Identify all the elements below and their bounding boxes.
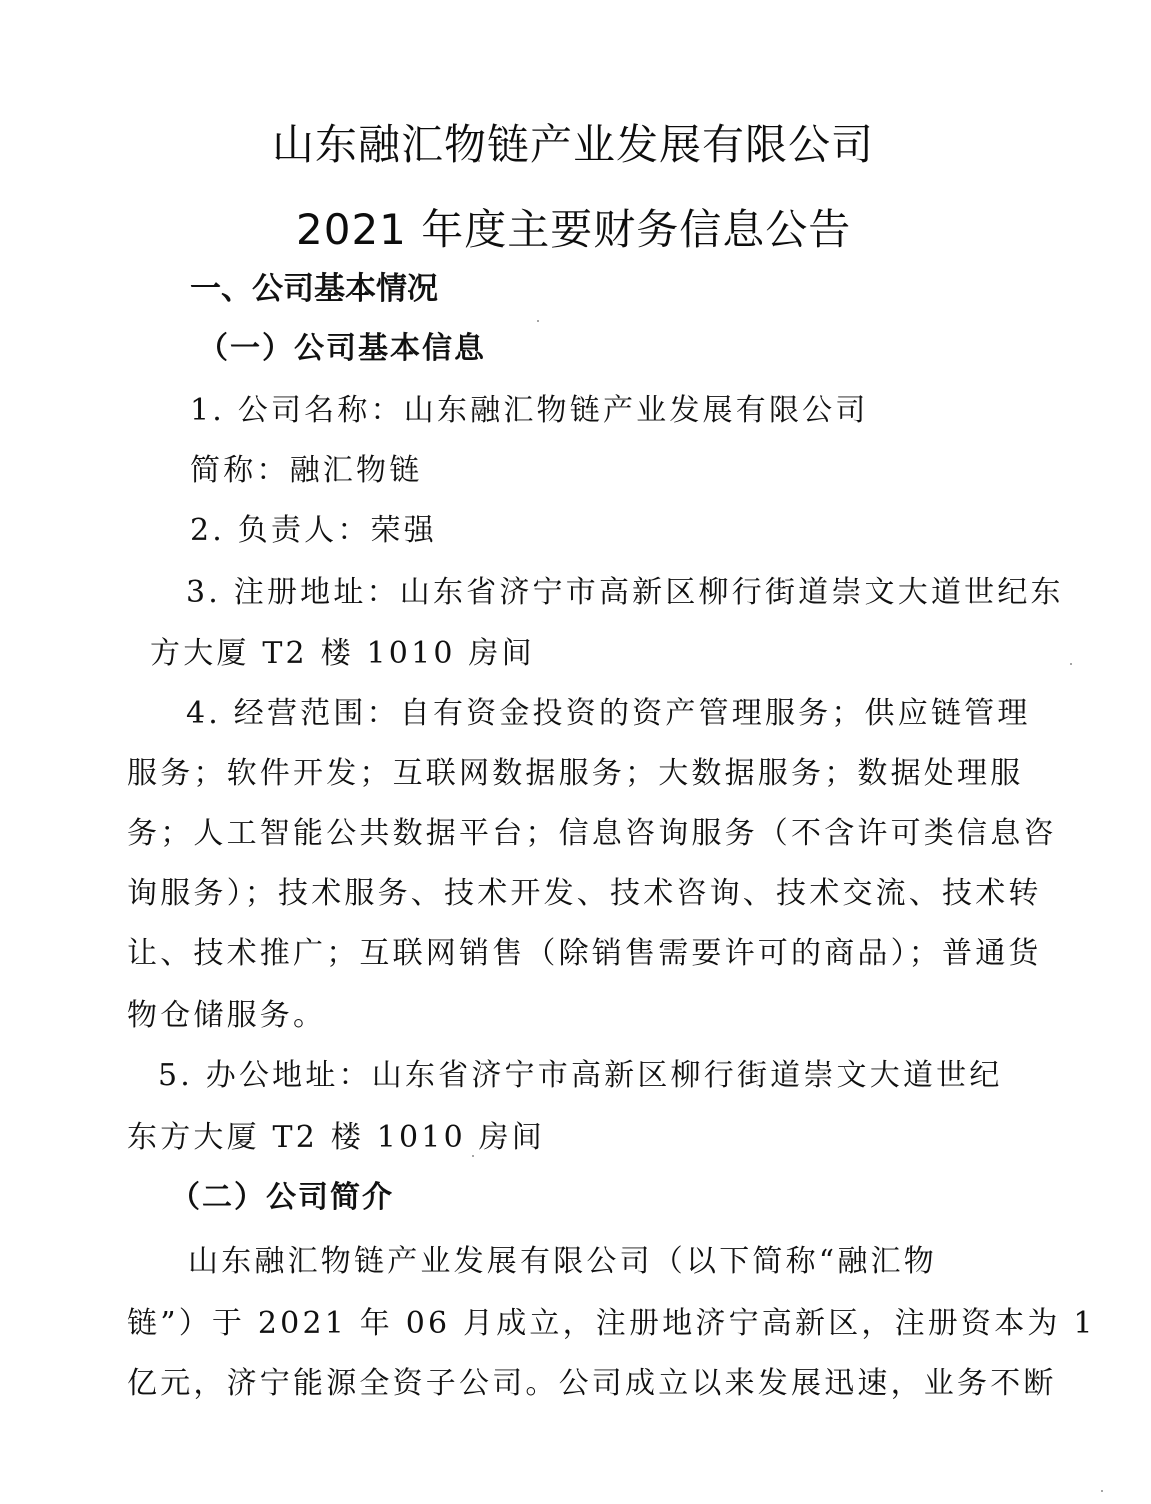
scan-speck bbox=[537, 320, 539, 322]
profile-line3: 亿元，济宁能源全资子公司。公司成立以来发展迅速，业务不断 bbox=[127, 1358, 1057, 1402]
scan-speck bbox=[1070, 663, 1072, 665]
business-scope-line5: 让、技术推广；互联网销售（除销售需要许可的商品）；普通货 bbox=[127, 928, 1042, 972]
subsection-heading-company-profile: （二）公司简介 bbox=[170, 1172, 394, 1216]
office-address-line2: 东方大厦 T2 楼 1010 房间 bbox=[127, 1112, 545, 1156]
business-scope-line2: 服务；软件开发；互联网数据服务；大数据服务；数据处理服 bbox=[127, 748, 1023, 792]
registered-address-line2: 方大厦 T2 楼 1010 房间 bbox=[150, 628, 535, 672]
person-in-charge-line: 2. 负责人：荣强 bbox=[190, 505, 437, 549]
business-scope-line3: 务；人工智能公共数据平台；信息咨询服务（不含许可类信息咨 bbox=[127, 808, 1057, 852]
registered-address-line1: 3. 注册地址：山东省济宁市高新区柳行街道崇文大道世纪东 bbox=[186, 567, 1064, 611]
company-name-line: 1. 公司名称：山东融汇物链产业发展有限公司 bbox=[190, 385, 869, 429]
office-address-line1: 5. 办公地址：山东省济宁市高新区柳行街道崇文大道世纪 bbox=[158, 1050, 1003, 1094]
scan-speck bbox=[472, 1155, 474, 1157]
scan-speck bbox=[1101, 1490, 1103, 1492]
business-scope-line1: 4. 经营范围：自有资金投资的资产管理服务；供应链管理 bbox=[186, 688, 1031, 732]
document-title-line1: 山东融汇物链产业发展有限公司 bbox=[272, 112, 874, 172]
short-name-line: 简称：融汇物链 bbox=[190, 445, 422, 489]
business-scope-line4: 询服务）；技术服务、技术开发、技术咨询、技术交流、技术转 bbox=[127, 868, 1042, 912]
section-heading-basic-situation: 一、公司基本情况 bbox=[190, 263, 438, 308]
profile-line2: 链”）于 2021 年 06 月成立，注册地济宁高新区，注册资本为 1 bbox=[127, 1298, 1096, 1342]
scan-speck bbox=[478, 160, 480, 162]
scan-speck bbox=[688, 245, 690, 247]
profile-line1: 山东融汇物链产业发展有限公司（以下简称“融汇物 bbox=[188, 1236, 937, 1280]
subsection-heading-basic-info: （一）公司基本信息 bbox=[198, 323, 486, 367]
document-title-line2: 2021 年度主要财务信息公告 bbox=[296, 197, 851, 257]
business-scope-line6: 物仓储服务。 bbox=[127, 990, 326, 1034]
